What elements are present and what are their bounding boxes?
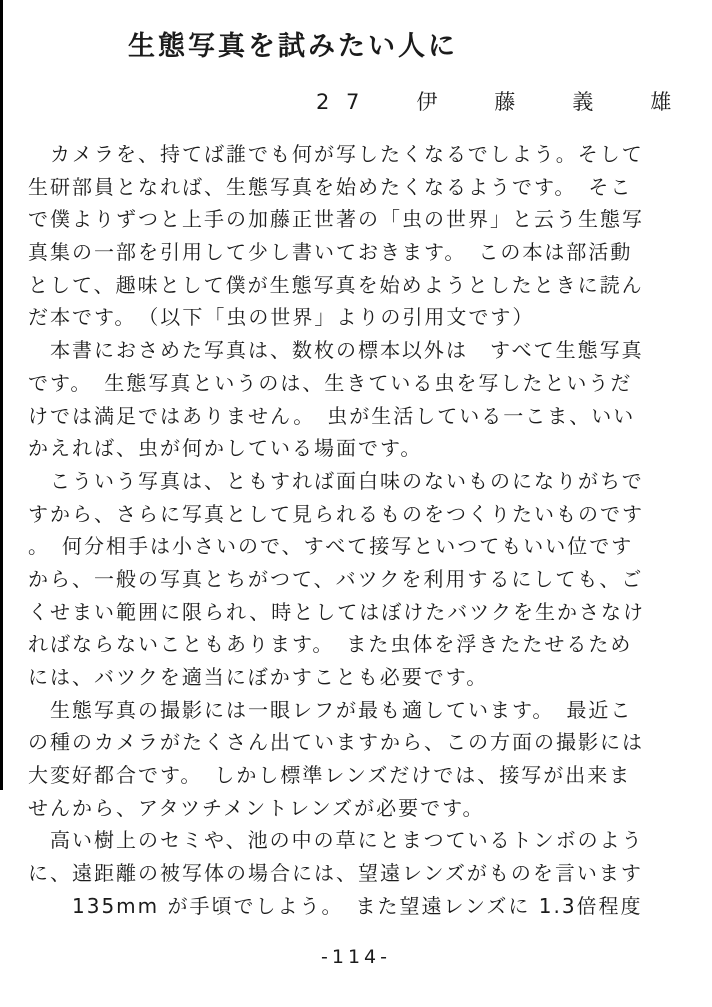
body-line: せんから、アタツチメントレンズが必要です。 [28, 792, 704, 825]
page-number: -114- [0, 946, 712, 968]
body-line: です。 生態写真というのは、生きている虫を写したというだ [28, 367, 704, 400]
body-line: で僕よりずつと上手の加藤正世著の「虫の世界」と云う生態写 [28, 203, 704, 236]
body-line: 135mm が手頃でしよう。 また望遠レンズに 1.3倍程度 [28, 890, 704, 923]
body-line: すから、さらに写真として見られるものをつくりたいものです [28, 498, 704, 531]
body-line: 真集の一部を引用して少し書いておきます。 この本は部活動 [28, 236, 704, 269]
author-line: 2 7 伊 藤 義 雄 [316, 86, 676, 116]
scanned-document-page: 生態写真を試みたい人に 2 7 伊 藤 義 雄 カメラを、持てば誰でも何が写した… [0, 0, 712, 1007]
body-line: に、遠距離の被写体の場合には、望遠レンズがものを言います [28, 857, 704, 890]
body-line: 高い樹上のセミや、池の中の草にとまつているトンボのよう [28, 824, 704, 857]
body-line: くせまい範囲に限られ、時としてはぼけたバツクを生かさなけ [28, 596, 704, 629]
body-line: けでは満足ではありません。 虫が生活している一こま、いい [28, 400, 704, 433]
scan-edge-artifact [0, 0, 3, 790]
body-line: には、バツクを適当にぼかすことも必要です。 [28, 661, 704, 694]
body-line: の種のカメラがたくさん出ていますから、この方面の撮影には [28, 726, 704, 759]
body-line: カメラを、持てば誰でも何が写したくなるでしよう。そして [28, 138, 704, 171]
body-line: 大変好都合です。 しかし標準レンズだけでは、接写が出来ま [28, 759, 704, 792]
body-line: だ本です。 （以下「虫の世界」よりの引用文です） [28, 301, 704, 334]
body-line: から、一般の写真とちがつて、バツクを利用するにしても、ご [28, 563, 704, 596]
page-title: 生態写真を試みたい人に [128, 24, 458, 63]
body-line: 。 何分相手は小さいので、すべて接写といつてもいい位です [28, 530, 704, 563]
body-line: こういう写真は、ともすれば面白味のないものになりがちで [28, 465, 704, 498]
body-line: として、趣味として僕が生態写真を始めようとしたときに読ん [28, 269, 704, 302]
body-line: 生態写真の撮影には一眼レフが最も適しています。 最近こ [28, 694, 704, 727]
body-text: カメラを、持てば誰でも何が写したくなるでしよう。そして 生研部員となれば、生態写… [28, 138, 704, 923]
body-line: 生研部員となれば、生態写真を始めたくなるようです。 そこ [28, 171, 704, 204]
body-line: ればならないこともあります。 また虫体を浮きたたせるため [28, 628, 704, 661]
body-line: かえれば、虫が何かしている場面です。 [28, 432, 704, 465]
body-line: 本書におさめた写真は、数枚の標本以外は すべて生態写真 [28, 334, 704, 367]
